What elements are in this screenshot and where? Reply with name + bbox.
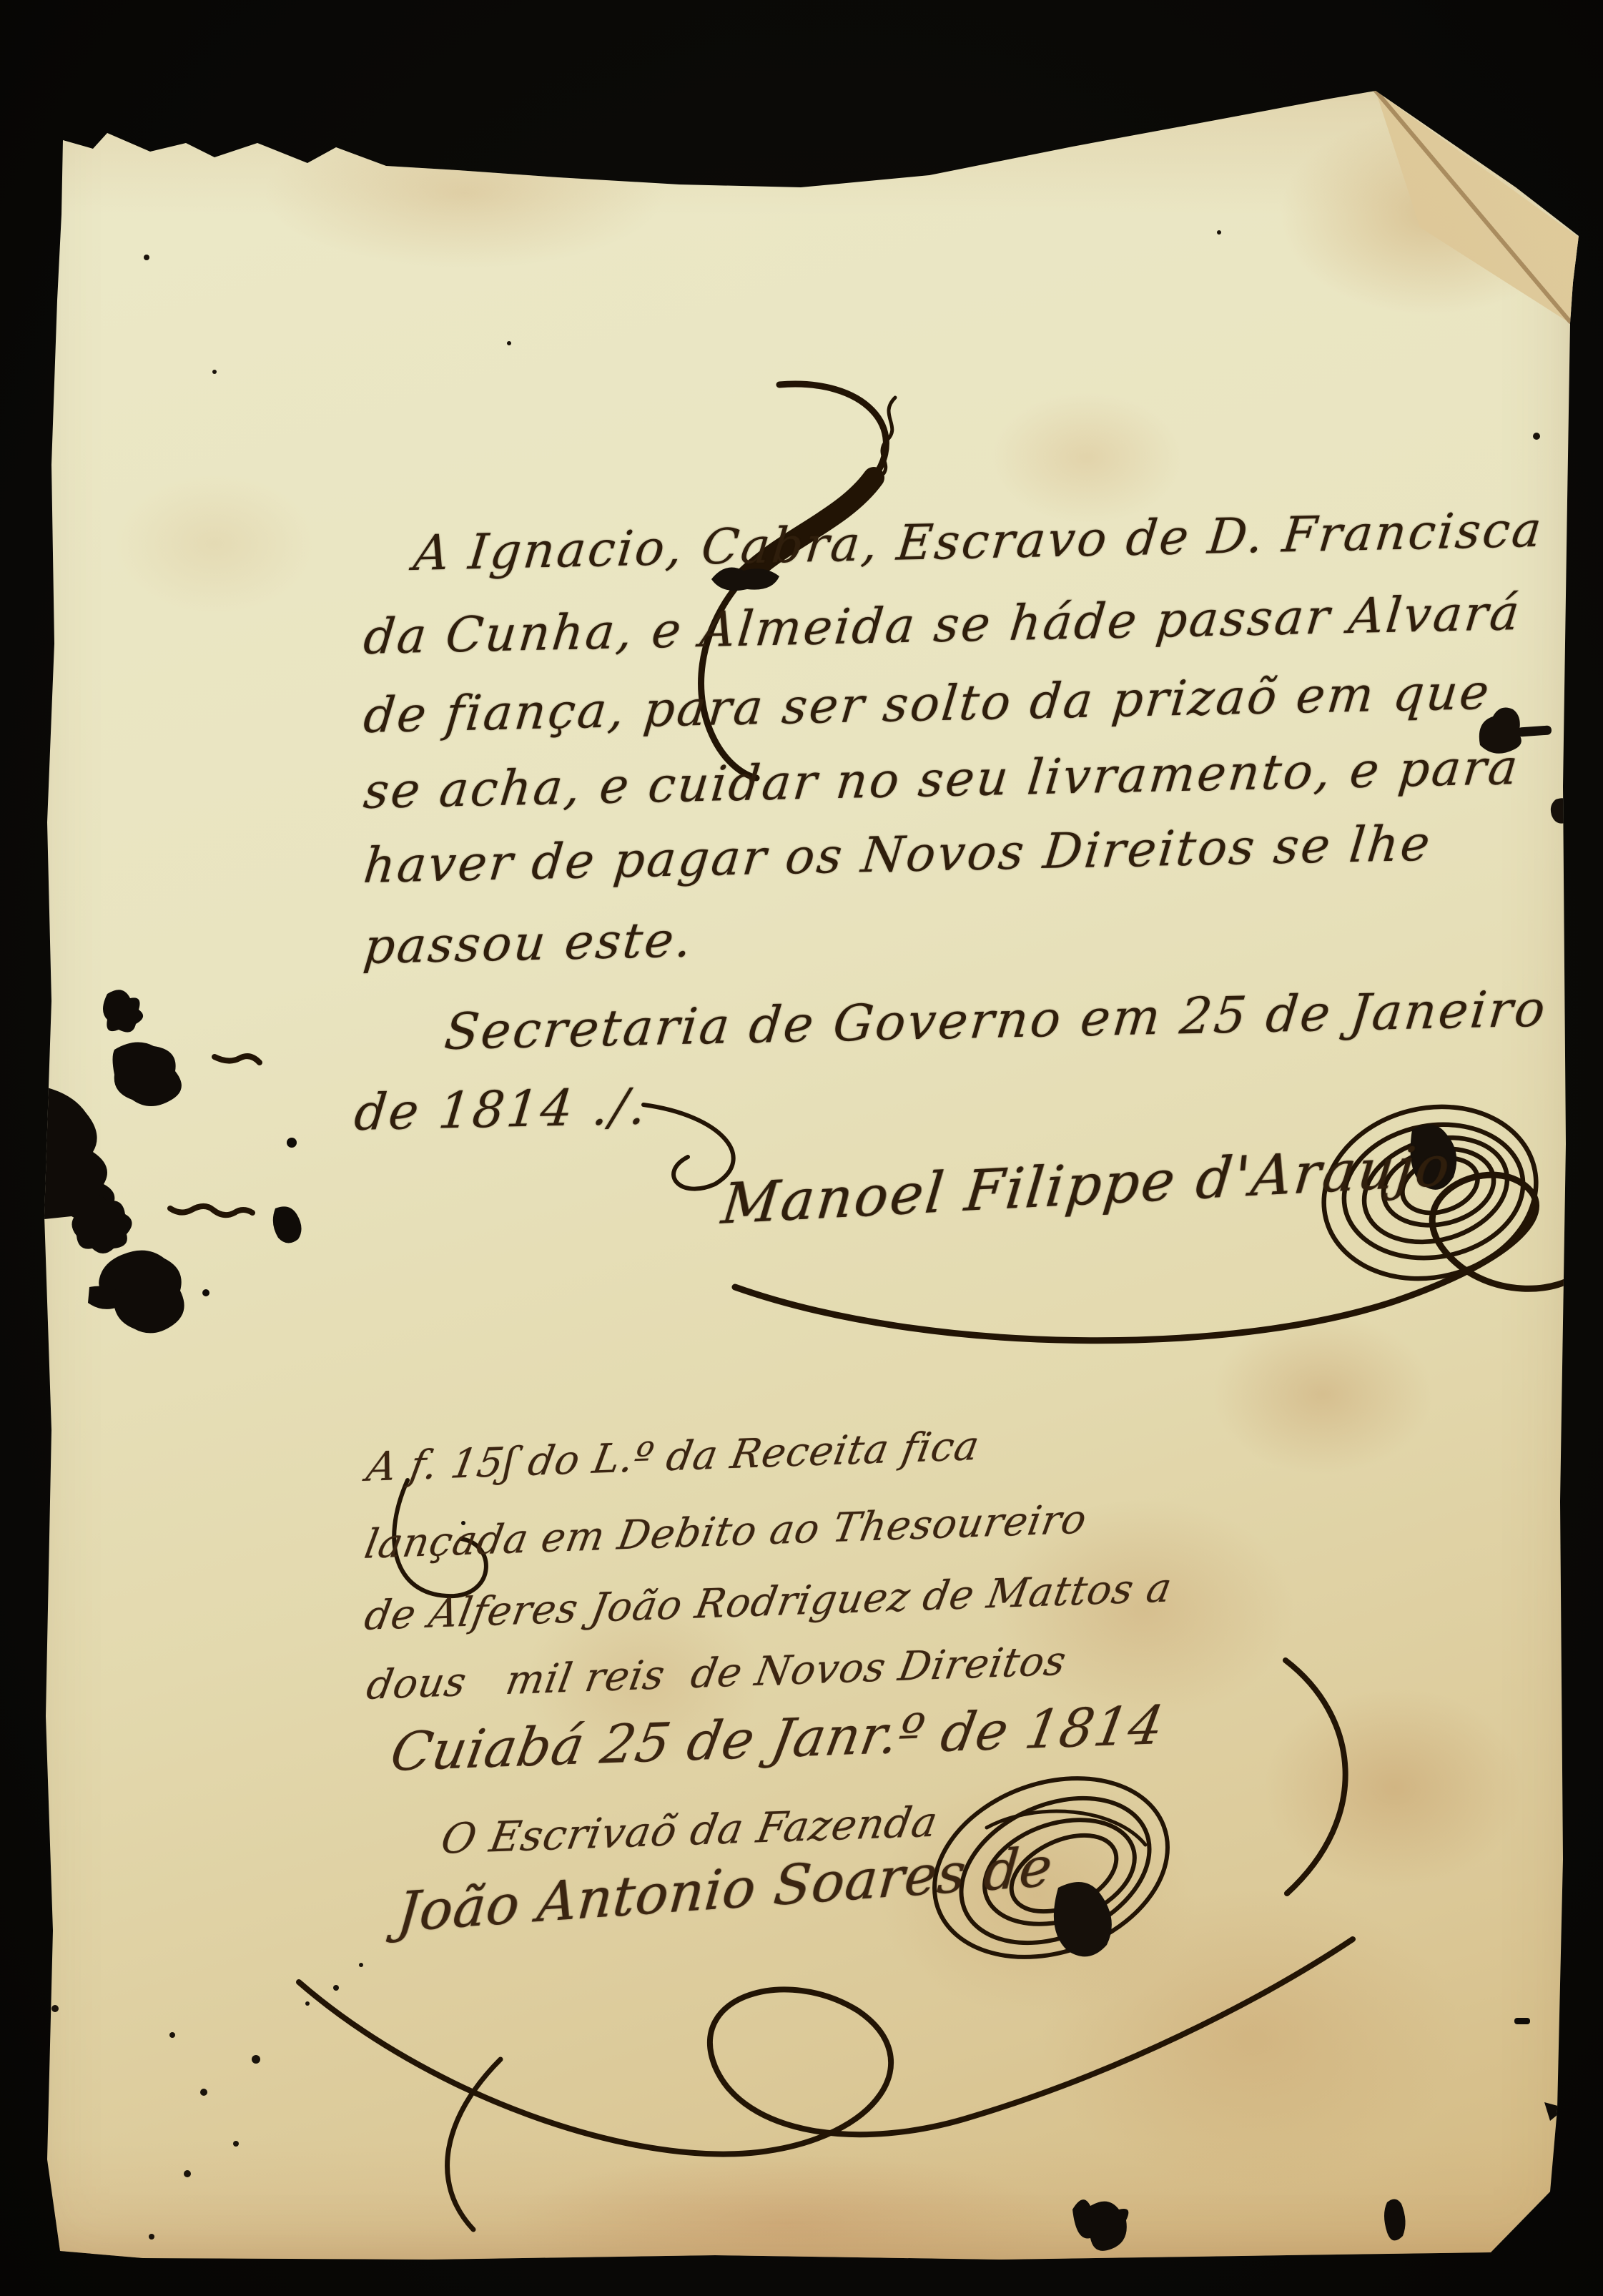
ink-blot-left-cluster: [44, 990, 302, 1333]
dateline-flourish: [643, 1105, 734, 1189]
dateline-line-2: de 1814 ./.: [352, 1077, 651, 1142]
manuscript-page: A Ignacio, Cabra, Escravo de D. Francisc…: [0, 0, 1603, 2296]
main-text-line-6: passou este.: [361, 912, 696, 975]
note-date-flourish: [1286, 1660, 1346, 1893]
fold-crease-line: [1376, 91, 1570, 322]
photo-background: A Ignacio, Cabra, Escravo de D. Francisc…: [0, 0, 1603, 2296]
ink-blot-left-squiggles: [170, 1056, 260, 1215]
